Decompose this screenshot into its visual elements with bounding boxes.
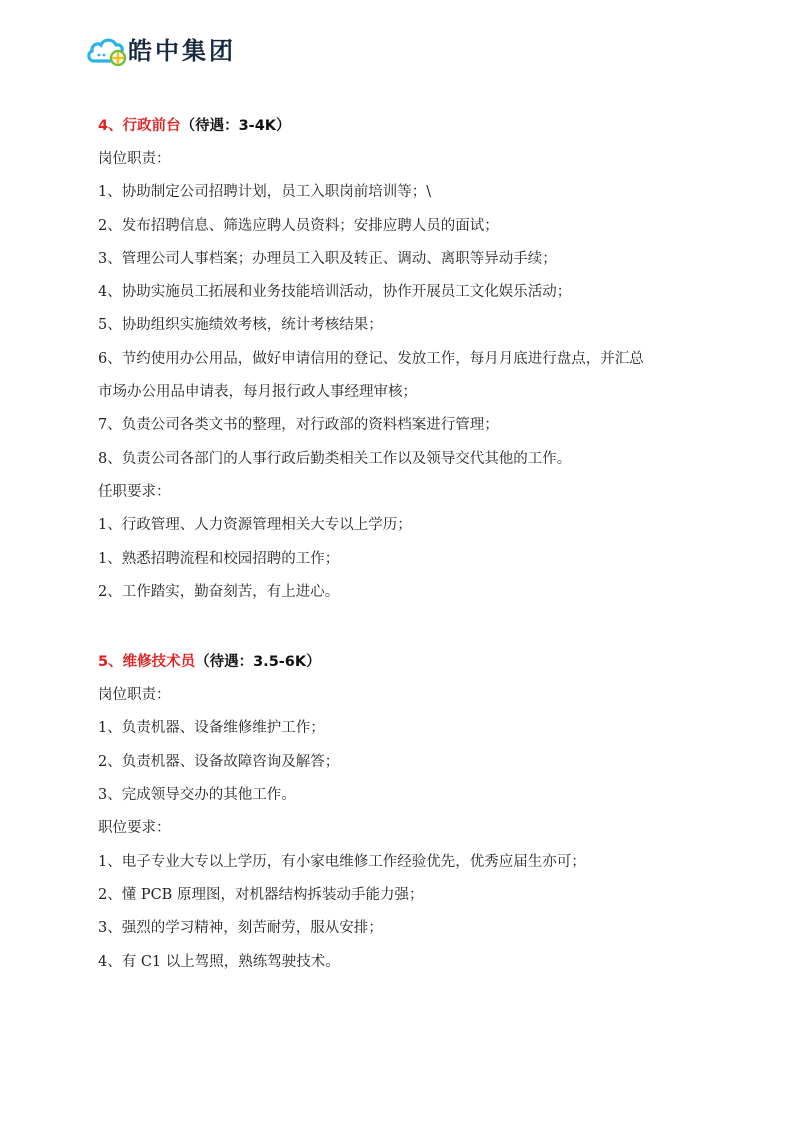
duty-item: 1、协助制定公司招聘计划，员工入职岗前培训等；\ xyxy=(98,176,718,209)
section-spacer xyxy=(98,609,718,646)
duty-item: 1、负责机器、设备维修维护工作； xyxy=(98,712,718,745)
duty-item: 5、协助组织实施绩效考核，统计考核结果； xyxy=(98,309,718,342)
requirement-item: 2、懂 PCB 原理图，对机器结构拆装动手能力强； xyxy=(98,879,718,912)
duty-item: 2、发布招聘信息、筛选应聘人员资料；安排应聘人员的面试； xyxy=(98,210,718,243)
duty-item: 3、管理公司人事档案；办理员工入职及转正、调动、离职等异动手续； xyxy=(98,243,718,276)
job-title: 维修技术员 xyxy=(123,654,196,670)
requirement-item: 2、工作踏实，勤奋刻苦，有上进心。 xyxy=(98,576,718,609)
requirements-label: 职位要求： xyxy=(98,812,718,845)
job-number: 5、 xyxy=(98,654,123,670)
duties-label: 岗位职责： xyxy=(98,143,718,176)
duties-label: 岗位职责： xyxy=(98,679,718,712)
requirement-item: 1、熟悉招聘流程和校园招聘的工作； xyxy=(98,543,718,576)
company-logo: 皓中集团 xyxy=(86,34,236,68)
duty-item: 8、负责公司各部门的人事行政后勤类相关工作以及领导交代其他的工作。 xyxy=(98,443,718,476)
job-title-heading: 4、行政前台（待遇：3-4K） xyxy=(98,110,718,143)
requirement-item: 4、有 C1 以上驾照，熟练驾驶技术。 xyxy=(98,946,718,979)
duty-item: 3、完成领导交办的其他工作。 xyxy=(98,779,718,812)
job-title-heading: 5、维修技术员（待遇：3.5-6K） xyxy=(98,646,718,679)
document-body: 4、行政前台（待遇：3-4K） 岗位职责： 1、协助制定公司招聘计划，员工入职岗… xyxy=(98,110,718,979)
duty-item: 6、节约使用办公用品，做好申请信用的登记、发放工作，每月月底进行盘点，并汇总 xyxy=(98,343,718,376)
job-title: 行政前台 xyxy=(123,118,181,134)
job-number: 4、 xyxy=(98,118,123,134)
requirements-label: 任职要求： xyxy=(98,476,718,509)
duty-item: 4、协助实施员工拓展和业务技能培训活动，协作开展员工文化娱乐活动； xyxy=(98,276,718,309)
cloud-plus-icon xyxy=(86,35,128,67)
company-name: 皓中集团 xyxy=(128,35,236,67)
duty-item-continuation: 市场办公用品申请表，每月报行政人事经理审核； xyxy=(98,376,718,409)
duty-item: 7、负责公司各类文书的整理，对行政部的资料档案进行管理； xyxy=(98,409,718,442)
duty-item: 2、负责机器、设备故障咨询及解答； xyxy=(98,746,718,779)
job-salary: （待遇：3.5-6K） xyxy=(195,654,321,670)
job-salary: （待遇：3-4K） xyxy=(181,118,291,134)
requirement-item: 1、行政管理、人力资源管理相关大专以上学历； xyxy=(98,509,718,542)
requirement-item: 3、强烈的学习精神，刻苦耐劳，服从安排； xyxy=(98,912,718,945)
requirement-item: 1、电子专业大专以上学历，有小家电维修工作经验优先，优秀应届生亦可； xyxy=(98,846,718,879)
